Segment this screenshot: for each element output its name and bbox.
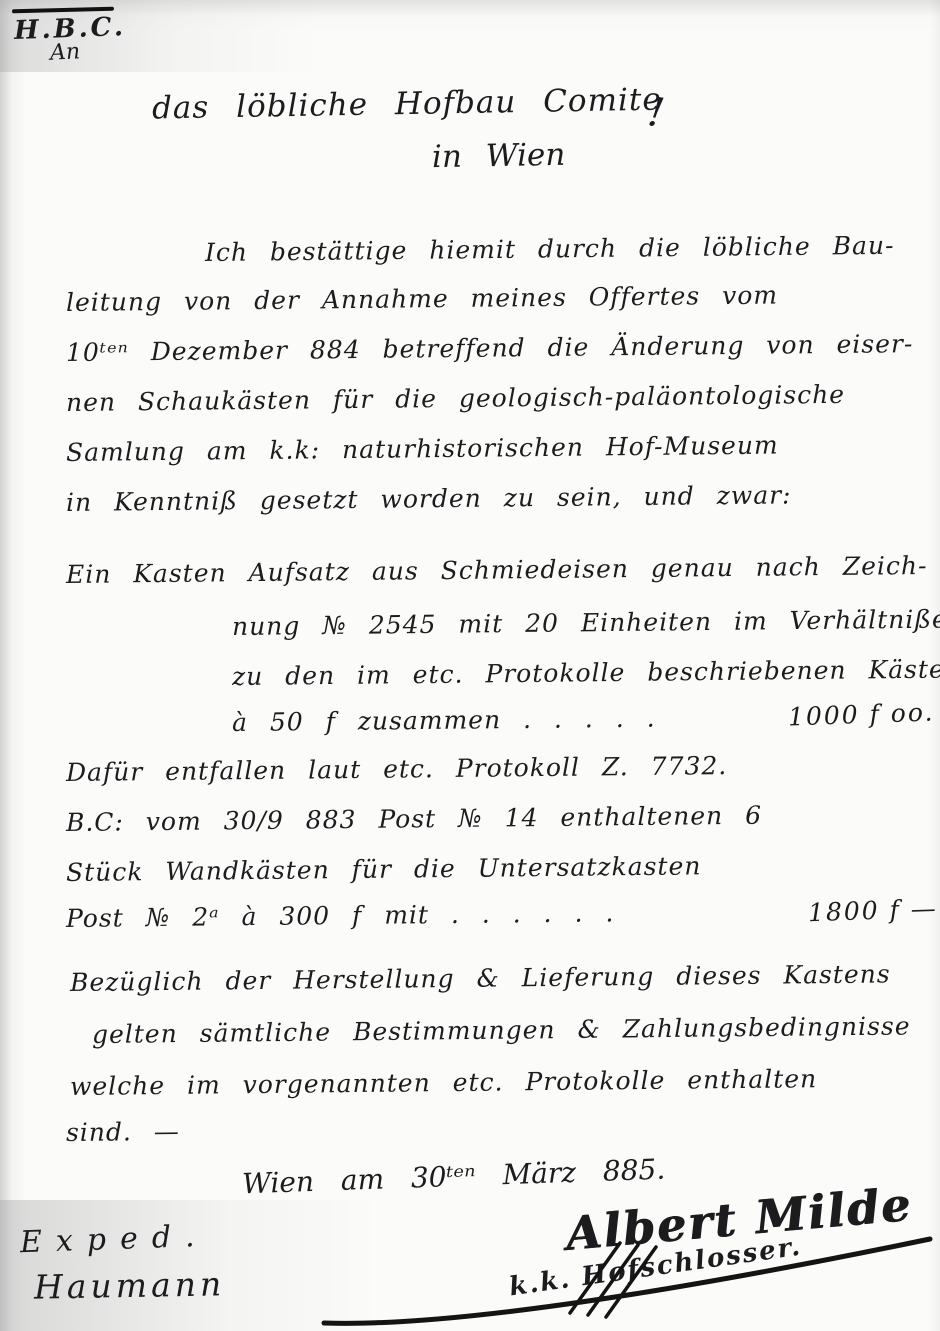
closing-line: gelten sämtliche Bestimmungen & Zahlungs… [92,1011,911,1049]
signature-flourish [320,1225,935,1329]
item2-line: B.C: vom 30/9 883 Post № 14 enthaltenen … [66,801,762,837]
letter-line: 10ᵗᵉⁿ Dezember 884 betreffend die Änderu… [66,329,914,367]
item2-line: Stück Wandkästen für die Untersatzkasten [66,851,702,887]
item1-line: Ein Kasten Aufsatz aus Schmiedeisen gena… [66,551,928,589]
address-line-1: das löbliche Hofbau Comite [152,82,662,127]
item1-amount: 1000 f oo. [788,697,935,731]
item2-line: Post № 2ᵃ à 300 f mit . . . . . . [66,898,615,933]
letter-line: leitung von der Annahme meines Offertes … [66,281,778,317]
closing-line: sind. — [66,1117,180,1147]
date-line: Wien am 30ᵗᵉⁿ März 885. [242,1153,666,1201]
expedit-name: Haumann [34,1264,226,1306]
item2-amount: 1800 f — [808,894,939,928]
item2-line: Dafür entfallen laut etc. Protokoll Z. 7… [66,751,728,787]
closing-line: Bezüglich der Herstellung & Lieferung di… [70,959,891,997]
item1-line: nung № 2545 mit 20 Einheiten im Verhältn… [232,605,940,641]
closing-line: welche im vorgenannten etc. Protokolle e… [70,1064,817,1101]
expedit-label: Exped. [19,1219,209,1261]
letter-line: in Kenntniß gesetzt worden zu sein, und … [66,480,792,517]
letter-line: Samlung am k.k: naturhistorischen Hof-Mu… [66,431,779,467]
item1-line: zu den im etc. Protokolle beschriebenen … [232,654,940,691]
corner-mark-an: An [49,39,80,66]
scanned-letter-page: H.B.C. An das löbliche Hofbau Comite in … [0,0,940,1331]
item1-line: à 50 f zusammen . . . . . [232,704,656,737]
letter-line: Ich bestättige hiemit durch die löbliche… [205,231,895,267]
address-line-2: in Wien [432,137,566,175]
letter-line: nen Schaukästen für die geologisch-paläo… [66,380,845,417]
